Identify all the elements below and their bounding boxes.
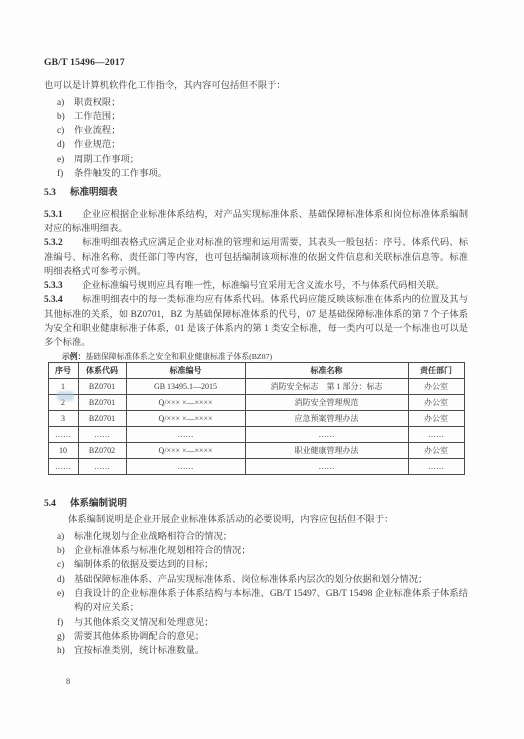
list-item: c) 编制体系的依据及要达到的目标；	[44, 558, 468, 572]
list-item: f) 条件触发的工作事项。	[44, 167, 468, 181]
list-item-label: d)	[57, 138, 74, 152]
section-number: 5.3	[44, 186, 70, 200]
list-item-label: g)	[57, 630, 74, 644]
list-item: e) 自我设计的企业标准体系子体系结构与本标准、GB/T 15497、GB/T …	[44, 587, 468, 616]
list-item: c) 作业流程；	[44, 124, 468, 138]
cell-department: 办公室	[408, 411, 464, 427]
list-item-label: d)	[57, 573, 74, 587]
standard-number-header: GB/T 15496—2017	[44, 56, 468, 70]
cell-system-code: BZ0702	[78, 443, 126, 459]
cell-standard-no: ……	[126, 427, 245, 443]
list-item: d) 基础保障标准体系、产品实现标准体系、岗位标准体系内层次的划分依据和划分情况…	[44, 573, 468, 587]
intro-list: a) 职责权限； b) 工作范围； c) 作业流程； d) 作业规范； e) 周…	[44, 96, 468, 182]
cell-standard-no: ……	[126, 459, 245, 475]
cell-standard-no: GB 13495.1—2015	[126, 379, 245, 395]
list-item-label: b)	[57, 544, 74, 558]
list-item-label: h)	[57, 644, 74, 658]
clause-5-3-2: 5.3.2标准明细表格式应满足企业对标准的管理和运用需要，其表头一般包括：序号、…	[44, 236, 468, 279]
cell-system-code: BZ0701	[78, 411, 126, 427]
example-caption: 示例：基础保障标准体系之安全和职业健康标准子体系(BZ07)	[44, 351, 468, 363]
document-page: GB/T 15496—2017 也可以是计算机软件化工作指令，其内容可包括但不限…	[0, 0, 524, 739]
list-item: a) 标准化规划与企业战略相符合的情况；	[44, 530, 468, 544]
table-row: 10 BZ0702 Q/××× ×—×××× 职业健康管理办法 办公室	[48, 443, 464, 459]
cell-seq: 3	[48, 411, 78, 427]
list-item: b) 工作范围；	[44, 110, 468, 124]
section-number: 5.4	[44, 497, 70, 511]
intro-paragraph: 也可以是计算机软件化工作指令，其内容可包括但不限于：	[44, 79, 468, 93]
list-item-label: a)	[57, 96, 74, 110]
list-item-text: 周期工作事项；	[74, 153, 468, 167]
clause-number: 5.3.4	[44, 293, 74, 307]
cell-standard-no: Q/××× ×—××××	[126, 411, 245, 427]
table-header-row: 序号 体系代码 标准编号 标准名称 责任部门	[48, 363, 464, 379]
cell-department: 办公室	[408, 395, 464, 411]
clause-number: 5.3.2	[44, 236, 74, 250]
clause-number: 5.3.3	[44, 279, 74, 293]
clause-text: 标准明细表格式应满足企业对标准的管理和运用需要，其表头一般包括：序号、体系代码、…	[44, 238, 468, 277]
section-5-4-list: a) 标准化规划与企业战略相符合的情况； b) 企业标准体系与标准化规划相符合的…	[44, 530, 468, 659]
clause-5-3-1: 5.3.1企业应根据企业标准体系结构，对产品实现标准体系、基础保障标准体系和岗位…	[44, 208, 468, 237]
list-item-label: f)	[57, 167, 74, 181]
cell-department: ……	[408, 427, 464, 443]
scan-artifact-highlight	[57, 391, 74, 401]
cell-standard-name: 消防安全管理规范	[245, 395, 408, 411]
clause-5-3-4: 5.3.4标准明细表中的每一类标准均应有体系代码。体系代码应能反映该标准在体系内…	[44, 293, 468, 350]
list-item-text: 作业流程；	[74, 124, 468, 138]
section-title: 标准明细表	[70, 188, 118, 198]
standards-table: 序号 体系代码 标准编号 标准名称 责任部门 1 BZ0701 GB 13495…	[48, 362, 465, 475]
cell-standard-name: 应急预案管理办法	[245, 411, 408, 427]
table-row: …… …… …… …… ……	[48, 459, 464, 475]
page-content: GB/T 15496—2017 也可以是计算机软件化工作指令，其内容可包括但不限…	[44, 56, 468, 658]
list-item: g) 需要其他体系协调配合的意见；	[44, 630, 468, 644]
example-label: 示例：	[62, 352, 85, 361]
cell-system-code: BZ0701	[78, 379, 126, 395]
list-item-text: 标准化规划与企业战略相符合的情况；	[74, 530, 468, 544]
table-row: 2 BZ0701 Q/××× ×—×××× 消防安全管理规范 办公室	[48, 395, 464, 411]
list-item-text: 自我设计的企业标准体系子体系结构与本标准、GB/T 15497、GB/T 154…	[74, 587, 468, 616]
column-header: 标准编号	[126, 363, 245, 379]
cell-system-code: ……	[78, 459, 126, 475]
list-item-label: c)	[57, 558, 74, 572]
section-title: 体系编制说明	[70, 499, 127, 509]
list-item-label: a)	[57, 530, 74, 544]
cell-standard-name: 消防安全标志 第 1 部分：标志	[245, 379, 408, 395]
clause-text: 标准明细表中的每一类标准均应有体系代码。体系代码应能反映该标准在体系内的位置及其…	[44, 295, 468, 348]
cell-seq: ……	[48, 459, 78, 475]
list-item-text: 作业规范；	[74, 138, 468, 152]
clause-5-3-3: 5.3.3企业标准编号规则应具有唯一性，标准编号宜采用无含义流水号，不与体系代码…	[44, 279, 468, 293]
cell-seq: 10	[48, 443, 78, 459]
cell-department: 办公室	[408, 379, 464, 395]
example-text: 基础保障标准体系之安全和职业健康标准子体系(BZ07)	[85, 352, 272, 361]
section-5-4-intro: 体系编制说明是企业开展企业标准体系活动的必要说明，内容应包括但不限于：	[44, 513, 468, 527]
list-item-text: 职责权限；	[74, 96, 468, 110]
cell-standard-name: ……	[245, 427, 408, 443]
column-header: 标准名称	[245, 363, 408, 379]
list-item-label: f)	[57, 616, 74, 630]
list-item: e) 周期工作事项；	[44, 153, 468, 167]
column-header: 责任部门	[408, 363, 464, 379]
table-row: …… …… …… …… ……	[48, 427, 464, 443]
column-header: 序号	[48, 363, 78, 379]
list-item: f) 与其他体系交叉情况和处理意见；	[44, 616, 468, 630]
section-5-4-heading: 5.4体系编制说明	[44, 497, 468, 511]
cell-system-code: ……	[78, 427, 126, 443]
cell-standard-no: Q/××× ×—××××	[126, 443, 245, 459]
cell-seq: ……	[48, 427, 78, 443]
cell-department: ……	[408, 459, 464, 475]
list-item: a) 职责权限；	[44, 96, 468, 110]
list-item-text: 编制体系的依据及要达到的目标；	[74, 558, 468, 572]
clause-text: 企业应根据企业标准体系结构，对产品实现标准体系、基础保障标准体系和岗位标准体系编…	[44, 210, 468, 234]
section-5-3-heading: 5.3标准明细表	[44, 186, 468, 200]
cell-standard-name: ……	[245, 459, 408, 475]
list-item-text: 宜按标准类别，统计标准数量。	[74, 644, 468, 658]
list-item-text: 企业标准体系与标准化规划相符合的情况；	[74, 544, 468, 558]
cell-standard-no: Q/××× ×—××××	[126, 395, 245, 411]
list-item-text: 条件触发的工作事项。	[74, 167, 468, 181]
list-item-label: e)	[57, 153, 74, 167]
cell-department: 办公室	[408, 443, 464, 459]
page-number: 8	[66, 676, 70, 686]
list-item: b) 企业标准体系与标准化规划相符合的情况；	[44, 544, 468, 558]
clause-text: 企业标准编号规则应具有唯一性，标准编号宜采用无含义流水号，不与体系代码相关联。	[82, 281, 445, 291]
list-item: h) 宜按标准类别，统计标准数量。	[44, 644, 468, 658]
table-row: 3 BZ0701 Q/××× ×—×××× 应急预案管理办法 办公室	[48, 411, 464, 427]
cell-system-code: BZ0701	[78, 395, 126, 411]
clause-number: 5.3.1	[44, 208, 74, 222]
cell-standard-name: 职业健康管理办法	[245, 443, 408, 459]
list-item-text: 基础保障标准体系、产品实现标准体系、岗位标准体系内层次的划分依据和划分情况；	[74, 573, 468, 587]
table-row: 1 BZ0701 GB 13495.1—2015 消防安全标志 第 1 部分：标…	[48, 379, 464, 395]
list-item-label: e)	[57, 587, 74, 616]
column-header: 体系代码	[78, 363, 126, 379]
list-item-text: 需要其他体系协调配合的意见；	[74, 630, 468, 644]
list-item-text: 工作范围；	[74, 110, 468, 124]
list-item-label: c)	[57, 124, 74, 138]
section-5-3-clauses: 5.3.1企业应根据企业标准体系结构，对产品实现标准体系、基础保障标准体系和岗位…	[44, 208, 468, 351]
list-item-label: b)	[57, 110, 74, 124]
list-item: d) 作业规范；	[44, 138, 468, 152]
list-item-text: 与其他体系交叉情况和处理意见；	[74, 616, 468, 630]
